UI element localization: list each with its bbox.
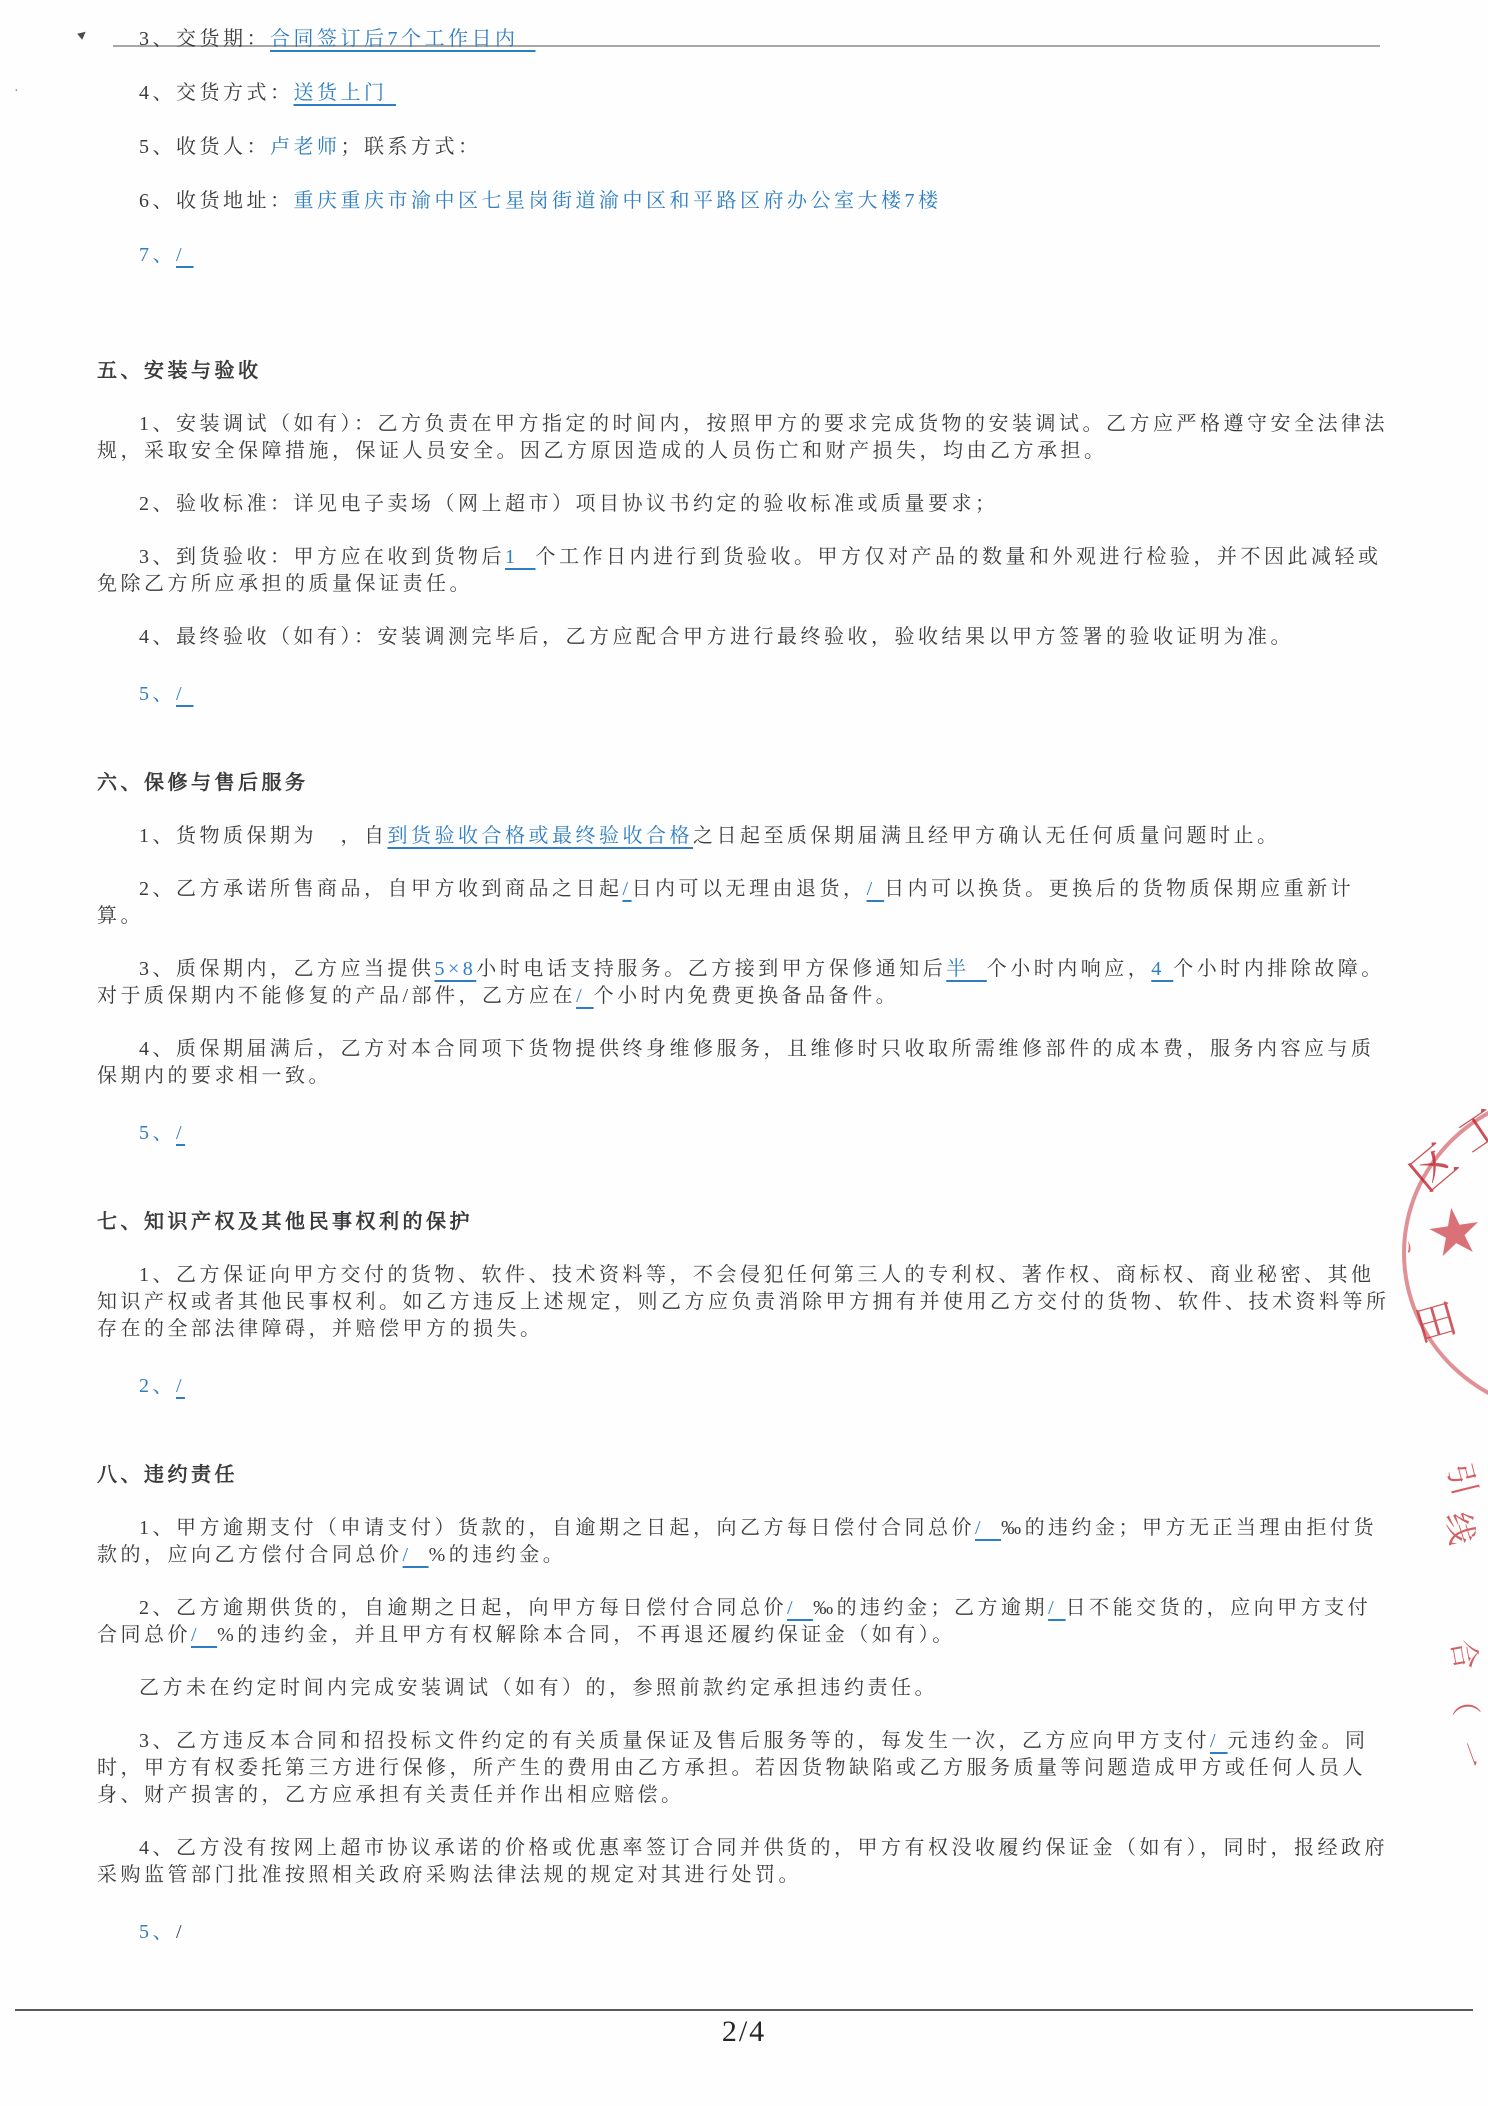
filled-blank: / [176, 683, 194, 705]
contract-clause: 2、乙方承诺所售商品，自甲方收到商品之日起/日内可以无理由退货，/ 日内可以换货… [97, 850, 1393, 930]
text-segment: 1、货物质保期为 ，自 [139, 825, 388, 847]
filled-blank: 5、 [139, 1122, 176, 1144]
filled-blank: 4 [1151, 958, 1173, 980]
section-heading: 八、违约责任 [97, 1400, 1393, 1489]
contract-clause: 3、到货验收：甲方应在收到货物后1 个工作日内进行到货验收。甲方仅对产品的数量和… [97, 518, 1393, 598]
filled-blank: 卢老师 [270, 136, 341, 158]
placeholder-item: 2、/ [97, 1343, 1393, 1400]
document-body: 3、交货期：合同签订后7个工作日内 4、交货方式：送货上门 5、收货人：卢老师；… [97, 26, 1393, 1946]
footer-divider [15, 2009, 1473, 2011]
filled-blank: / [576, 985, 594, 1007]
filled-blank: 送货上门 [294, 82, 397, 104]
filled-blank: 半 [946, 958, 987, 980]
contract-term: 3、交货期：合同签订后7个工作日内 [97, 26, 1393, 80]
text-segment: %的违约金，并且甲方有权解除本合同，不再退还履约保证金（如有）。 [217, 1624, 956, 1646]
contract-clause: 1、甲方逾期支付（申请支付）货款的，自逾期之日起，向乙方每日偿付合同总价/ ‰的… [97, 1489, 1393, 1569]
text-segment: 小时电话支持服务。乙方接到甲方保修通知后 [476, 958, 946, 980]
filled-blank: / [176, 244, 194, 266]
filled-blank: / [975, 1517, 1001, 1539]
filled-blank: 1 [505, 546, 536, 568]
filled-blank: / [1210, 1730, 1228, 1752]
contract-clause: 4、最终验收（如有）：安装调测完毕后，乙方应配合甲方进行最终验收，验收结果以甲方… [97, 598, 1393, 651]
text-segment: 1、乙方保证向甲方交付的货物、软件、技术资料等，不会侵犯任何第三人的专利权、著作… [97, 1264, 1390, 1340]
filled-blank: 2、 [139, 1375, 176, 1397]
text-segment: 4、乙方没有按网上超市协议承诺的价格或优惠率签订合同并供货的，甲方有权没收履约保… [97, 1837, 1388, 1886]
text-segment: 3、交货期： [139, 28, 270, 50]
contract-clause: 4、质保期届满后，乙方对本合同项下货物提供终身维修服务，且维修时只收取所需维修部… [97, 1010, 1393, 1090]
contract-clause: 4、乙方没有按网上超市协议承诺的价格或优惠率签订合同并供货的，甲方有权没收履约保… [97, 1809, 1393, 1889]
contract-clause: 2、乙方逾期供货的，自逾期之日起，向甲方每日偿付合同总价/ ‰的违约金；乙方逾期… [97, 1569, 1393, 1649]
filled-blank: 重庆重庆市渝中区七星岗街道渝中区和平路区府办公室大楼7楼 [294, 190, 942, 212]
text-segment: 1、安装调试（如有）：乙方负责在甲方指定的时间内，按照甲方的要求完成货物的安装调… [97, 413, 1388, 462]
text-segment: 七、知识产权及其他民事权利的保护 [97, 1211, 473, 1233]
text-segment: 五、安装与验收 [97, 360, 262, 382]
text-segment: 1、甲方逾期支付（申请支付）货款的，自逾期之日起，向乙方每日偿付合同总价 [139, 1517, 975, 1539]
contract-term: 5、收货人：卢老师；联系方式： [97, 134, 1393, 188]
text-segment: 个小时内响应， [987, 958, 1152, 980]
filled-blank: / [403, 1544, 429, 1566]
filled-blank: / [176, 1375, 185, 1397]
text-segment: 六、保修与售后服务 [97, 772, 309, 794]
text-segment: %的违约金。 [429, 1544, 567, 1566]
filled-blank: 合同签订后7个工作日内 [270, 28, 536, 50]
contract-term: 4、交货方式：送货上门 [97, 80, 1393, 134]
contract-clause: 1、货物质保期为 ，自到货验收合格或最终验收合格之日起至质保期届满且经甲方确认无… [97, 797, 1393, 850]
seal-edge-fragment: 线 [1437, 1508, 1488, 1548]
seal-edge-fragment: 一 [1449, 1736, 1488, 1773]
seal-edge-fragment: 引 [1438, 1458, 1488, 1500]
page-number: 2/4 [0, 2015, 1488, 2049]
contract-clause: 1、安装调试（如有）：乙方负责在甲方指定的时间内，按照甲方的要求完成货物的安装调… [97, 385, 1393, 465]
text-segment: 日内可以无理由退货， [632, 878, 867, 900]
text-segment: 4、最终验收（如有）：安装调测完毕后，乙方应配合甲方进行最终验收，验收结果以甲方… [139, 626, 1294, 648]
placeholder-item: 5、/ [97, 651, 1393, 708]
filled-blank: / [867, 878, 885, 900]
filled-blank: 5、 [139, 1921, 176, 1943]
text-segment: 2、验收标准：详见电子卖场（网上超市）项目协议书约定的验收标准或质量要求； [139, 493, 999, 515]
filled-blank: / [787, 1597, 813, 1619]
contract-clause: 1、乙方保证向甲方交付的货物、软件、技术资料等，不会侵犯任何第三人的专利权、著作… [97, 1236, 1393, 1343]
seal-star-icon: ★ [1421, 1192, 1488, 1273]
text-segment: 之日起至质保期届满且经甲方确认无任何质量问题时止。 [693, 825, 1281, 847]
filled-blank: / [176, 1921, 185, 1943]
filled-blank: 5×8 [435, 958, 477, 980]
contract-paragraph: 乙方未在约定时间内完成安装调试（如有）的，参照前款约定承担违约责任。 [97, 1649, 1393, 1702]
contract-clause: 2、验收标准：详见电子卖场（网上超市）项目协议书约定的验收标准或质量要求； [97, 465, 1393, 518]
text-segment: 4、质保期届满后，乙方对本合同项下货物提供终身维修服务，且维修时只收取所需维修部… [97, 1038, 1375, 1087]
section-heading: 五、安装与验收 [97, 296, 1393, 385]
contract-clause: 3、质保期内，乙方应当提供5×8小时电话支持服务。乙方接到甲方保修通知后半 个小… [97, 930, 1393, 1010]
seal-edge-fragment: （ [1444, 1683, 1488, 1717]
text-segment: 2、乙方逾期供货的，自逾期之日起，向甲方每日偿付合同总价 [139, 1597, 787, 1619]
text-segment: 八、违约责任 [97, 1464, 238, 1486]
filled-blank: / [176, 1122, 185, 1144]
section-heading: 六、保修与售后服务 [97, 708, 1393, 797]
scan-artifact-arrow-icon: ► [72, 24, 92, 45]
seal-edge-fragment: 合 [1443, 1635, 1488, 1672]
section-heading: 七、知识产权及其他民事权利的保护 [97, 1147, 1393, 1236]
text-segment: 3、乙方违反本合同和招投标文件约定的有关质量保证及售后服务等的，每发生一次，乙方… [139, 1730, 1210, 1752]
contract-term: 6、收货地址：重庆重庆市渝中区七星岗街道渝中区和平路区府办公室大楼7楼 [97, 188, 1393, 242]
text-segment: 5、收货人： [139, 136, 270, 158]
scanned-contract-page: ► · 3、交货期：合同签订后7个工作日内 4、交货方式：送货上门 5、收货人：… [0, 0, 1488, 2106]
text-segment: 2、乙方承诺所售商品，自甲方收到商品之日起 [139, 878, 623, 900]
text-segment: 6、收货地址： [139, 190, 294, 212]
text-segment: 4、交货方式： [139, 82, 294, 104]
placeholder-item: 5、/ [97, 1090, 1393, 1147]
filled-blank: / [191, 1624, 217, 1646]
text-segment: ；联系方式： [341, 136, 482, 158]
scan-artifact-speck: · [14, 84, 19, 100]
text-segment: 3、质保期内，乙方应当提供 [139, 958, 435, 980]
filled-blank: 到货验收合格或最终验收合格 [388, 825, 694, 847]
text-segment: 3、到货验收：甲方应在收到货物后 [139, 546, 505, 568]
text-segment: 乙方未在约定时间内完成安装调试（如有）的，参照前款约定承担违约责任。 [139, 1677, 938, 1699]
contract-clause: 3、乙方违反本合同和招投标文件约定的有关质量保证及售后服务等的，每发生一次，乙方… [97, 1702, 1393, 1809]
text-segment: ‰的违约金；乙方逾期 [813, 1597, 1048, 1619]
filled-blank: 5、 [139, 683, 176, 705]
placeholder-item: 5、/ [97, 1889, 1393, 1946]
filled-blank: 7、 [139, 244, 176, 266]
filled-blank: / [1048, 1597, 1066, 1619]
text-segment: 个小时内免费更换备品备件。 [594, 985, 900, 1007]
filled-blank: / [623, 878, 632, 900]
contract-term: 7、/ [97, 242, 1393, 296]
